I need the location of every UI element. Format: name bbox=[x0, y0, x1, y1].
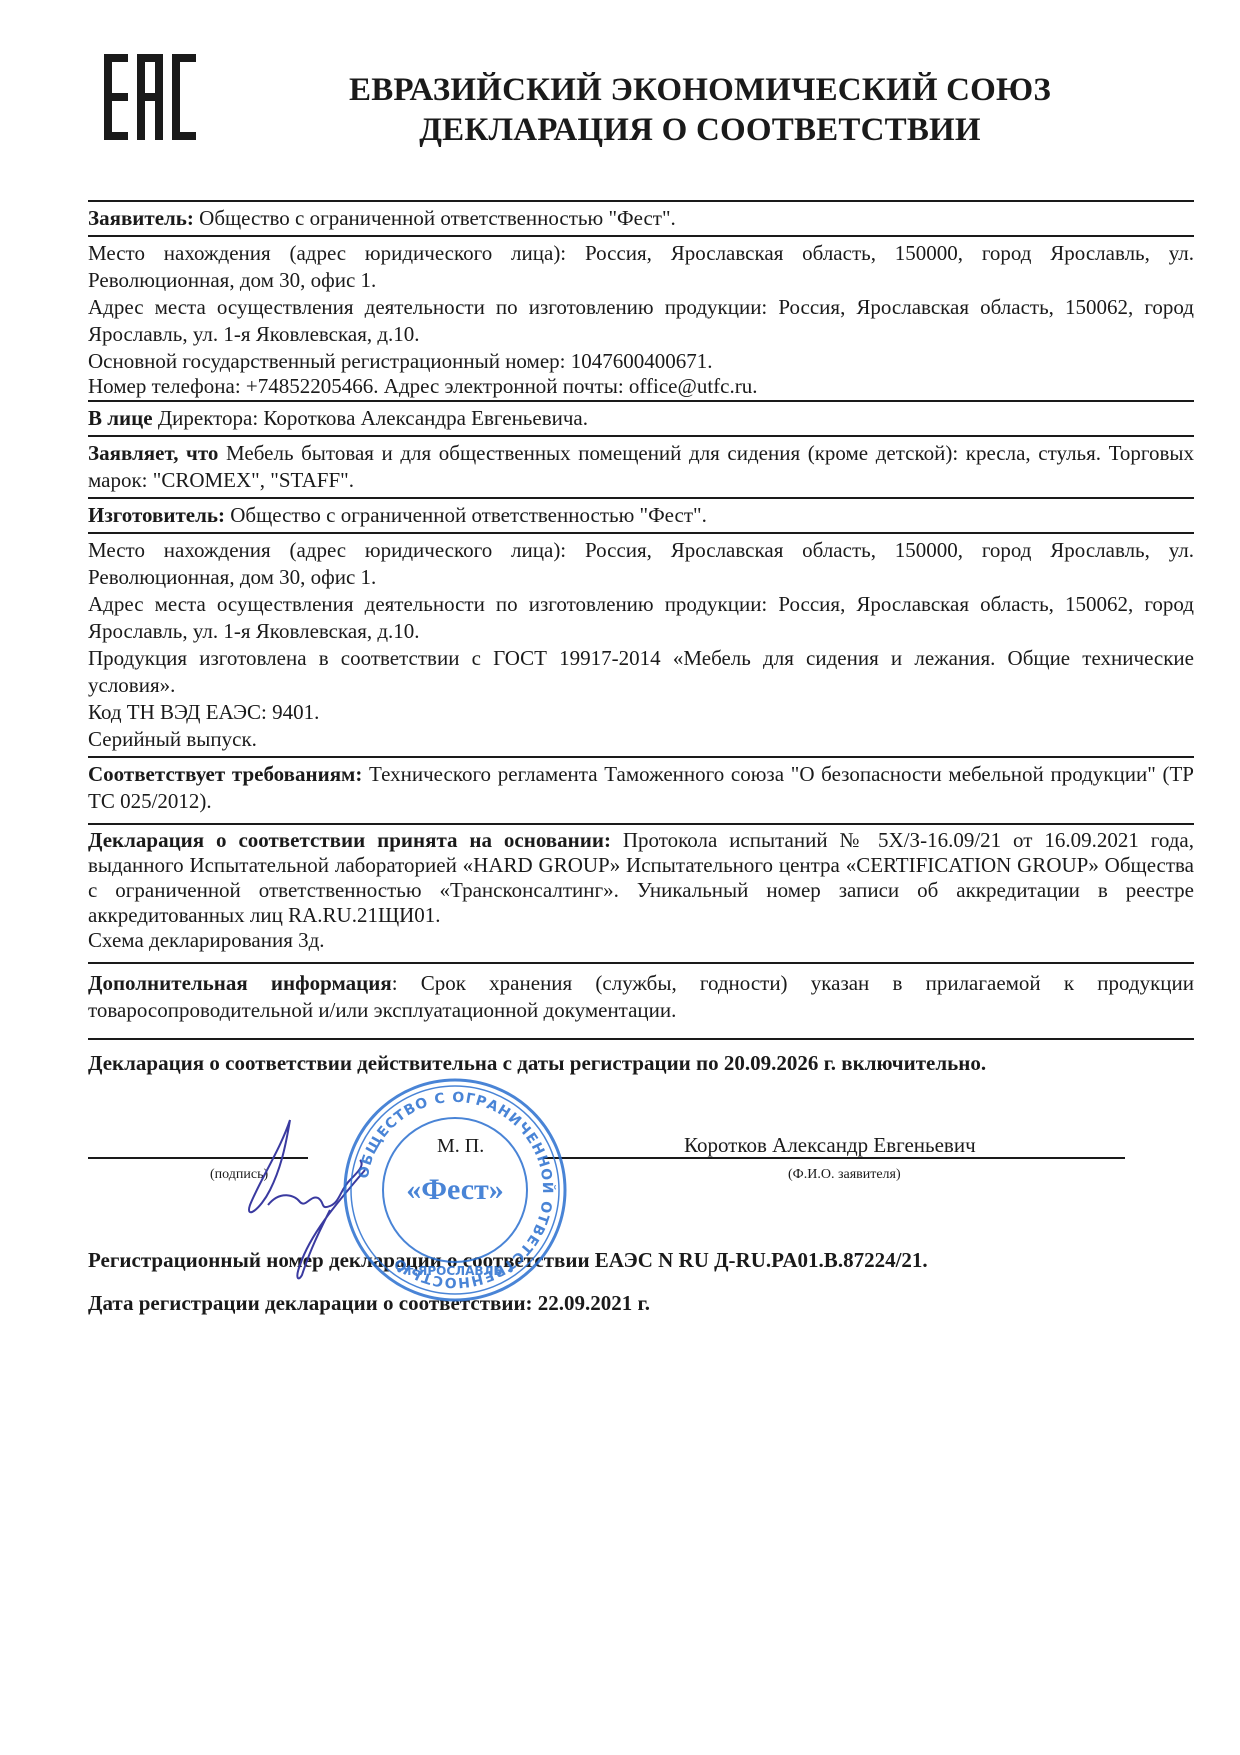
applicant-ogrn: Основной государственный регистрационный… bbox=[88, 348, 1194, 375]
basis-section: Декларация о соответствии принята на осн… bbox=[88, 825, 1194, 956]
manufacturer-legal-address: Место нахождения (адрес юридического лиц… bbox=[88, 537, 1194, 591]
divider bbox=[88, 1038, 1194, 1040]
registration-number: Регистрационный номер декларации о соотв… bbox=[88, 1247, 1194, 1274]
document-title: ЕВРАЗИЙСКИЙ ЭКОНОМИЧЕСКИЙ СОЮЗ ДЕКЛАРАЦИ… bbox=[320, 70, 1080, 150]
represented-by-label: В лице bbox=[88, 406, 153, 430]
registration-date: Дата регистрации декларации о соответств… bbox=[88, 1290, 1194, 1317]
applicant-production-address: Адрес места осуществления деятельности п… bbox=[88, 294, 1194, 348]
additional-info-label: Дополнительная информация bbox=[88, 971, 392, 995]
complies-label: Соответствует требованиям: bbox=[88, 762, 362, 786]
additional-info-section: Дополнительная информация: Срок хранения… bbox=[88, 964, 1194, 1032]
title-union: ЕВРАЗИЙСКИЙ ЭКОНОМИЧЕСКИЙ СОЮЗ bbox=[320, 70, 1080, 110]
manufacturer-section: Изготовитель: Общество с ограниченной от… bbox=[88, 499, 1194, 532]
manufacturer-label: Изготовитель: bbox=[88, 503, 225, 527]
signer-name: Коротков Александр Евгеньевич bbox=[684, 1132, 976, 1159]
signer-caption: (Ф.И.О. заявителя) bbox=[788, 1161, 901, 1188]
applicant-details: Место нахождения (адрес юридического лиц… bbox=[88, 237, 1194, 400]
validity-statement: Декларация о соответствии действительна … bbox=[88, 1050, 1194, 1077]
represented-by-value: Директора: Короткова Александра Евгеньев… bbox=[153, 406, 588, 430]
applicant-label: Заявитель: bbox=[88, 206, 194, 230]
basis-label: Декларация о соответствии принята на осн… bbox=[88, 828, 611, 852]
manufacturer-details: Место нахождения (адрес юридического лиц… bbox=[88, 534, 1194, 756]
declaration-scheme: Схема декларирования 3д. bbox=[88, 928, 1194, 953]
declares-value: Мебель бытовая и для общественных помеще… bbox=[88, 441, 1194, 492]
manufacturer-value: Общество с ограниченной ответственностью… bbox=[225, 503, 707, 527]
applicant-legal-address: Место нахождения (адрес юридического лиц… bbox=[88, 240, 1194, 294]
seal-label: М. П. bbox=[437, 1133, 484, 1160]
document-body: Заявитель: Общество с ограниченной ответ… bbox=[88, 200, 1194, 1317]
production-type: Серийный выпуск. bbox=[88, 726, 1194, 753]
applicant-section: Заявитель: Общество с ограниченной ответ… bbox=[88, 202, 1194, 235]
declares-section: Заявляет, что Мебель бытовая и для общес… bbox=[88, 437, 1194, 497]
signature-line bbox=[88, 1157, 308, 1159]
signature-block: (подпись) М. П. Коротков Александр Евген… bbox=[88, 1077, 1194, 1227]
applicant-contacts: Номер телефона: +74852205466. Адрес элек… bbox=[88, 375, 1194, 397]
manufacturer-standard: Продукция изготовлена в соответствии с Г… bbox=[88, 645, 1194, 699]
tn-ved-code: Код ТН ВЭД ЕАЭС: 9401. bbox=[88, 699, 1194, 726]
manufacturer-production-address: Адрес места осуществления деятельности п… bbox=[88, 591, 1194, 645]
signature-caption: (подпись) bbox=[210, 1161, 268, 1188]
declaration-document: ЕВРАЗИЙСКИЙ ЭКОНОМИЧЕСКИЙ СОЮЗ ДЕКЛАРАЦИ… bbox=[0, 0, 1240, 1755]
declares-label: Заявляет, что bbox=[88, 441, 218, 465]
applicant-value: Общество с ограниченной ответственностью… bbox=[194, 206, 676, 230]
complies-section: Соответствует требованиям: Технического … bbox=[88, 758, 1194, 823]
title-declaration: ДЕКЛАРАЦИЯ О СООТВЕТСТВИИ bbox=[320, 110, 1080, 150]
represented-by-section: В лице Директора: Короткова Александра Е… bbox=[88, 402, 1194, 435]
basis-text: Декларация о соответствии принята на осн… bbox=[88, 828, 1194, 928]
eac-logo-icon bbox=[104, 54, 196, 140]
